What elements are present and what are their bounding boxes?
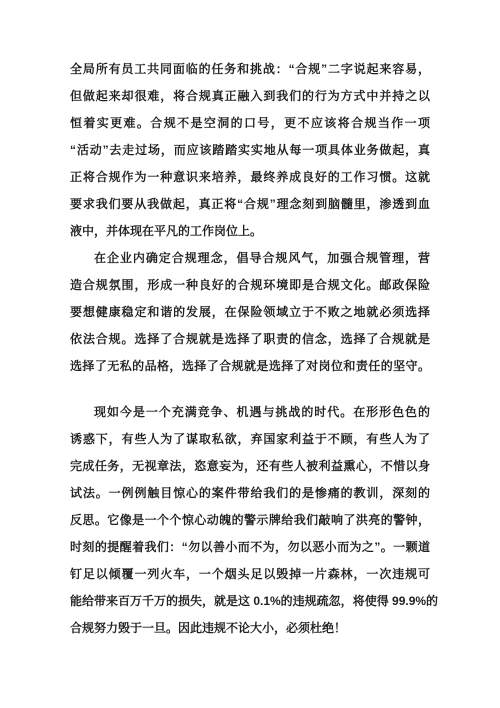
text-line: 但做起来却很难，将合规真正融入到我们的行为方式中并持之以 [70,83,430,110]
text-line: 能给带来百万千万的损失，就是这 0.1%的违规疏忽，将使得 99.9%的 [70,588,430,615]
text-line: 要想健康稳定和谐的发展，在保险领域立于不败之地就必须选择 [70,299,430,326]
text-line: 诱惑下，有些人为了谋取私欲，弃国家利益于不顾，有些人为了 [70,426,430,453]
text-line: 全局所有员工共同面临的任务和挑战：“合规”二字说起来容易， [70,56,430,83]
text-line: 现如今是一个充满竞争、机遇与挑战的时代。在形形色色的 [70,399,430,426]
text-line: 时刻的提醒着我们：“勿以善小而不为，勿以恶小而为之”。一颗道 [70,534,430,561]
text-line: 正将合规作为一种意识来培养，最终养成良好的工作习惯。这就 [70,164,430,191]
document-page: 全局所有员工共同面临的任务和挑战：“合规”二字说起来容易， 但做起来却很难，将合… [70,56,430,642]
paragraph: 全局所有员工共同面临的任务和挑战：“合规”二字说起来容易， 但做起来却很难，将合… [70,56,430,245]
text-line: 试法。一例例触目惊心的案件带给我们的是惨痛的教训，深刻的 [70,480,430,507]
text-line: 恒着实更难。合规不是空洞的口号，更不应该将合规当作一项 [70,110,430,137]
text-line: 完成任务，无视章法，恣意妄为，还有些人被利益熏心，不惜以身 [70,453,430,480]
text-line: 要求我们要从我做起，真正将“合规”理念刻到脑髓里，渗透到血 [70,191,430,218]
text-line: 液中，并体现在平凡的工作岗位上。 [70,218,430,245]
text-line: 依法合规。选择了合规就是选择了职责的信念，选择了合规就是 [70,326,430,353]
text-line: 反思。它像是一个个惊心动魄的警示牌给我们敲响了洪亮的警钟， [70,507,430,534]
text-line: 在企业内确定合规理念，倡导合规风气，加强合规管理，营 [70,245,430,272]
text-line: 合规努力毁于一旦。因此违规不论大小，必须杜绝！ [70,615,430,642]
paragraph: 在企业内确定合规理念，倡导合规风气，加强合规管理，营 造合规氛围，形成一种良好的… [70,245,430,380]
paragraph: 现如今是一个充满竞争、机遇与挑战的时代。在形形色色的 诱惑下，有些人为了谋取私欲… [70,399,430,642]
text-line: “活动”去走过场，而应该踏踏实实地从每一项具体业务做起，真 [70,137,430,164]
text-line: 选择了无私的品格，选择了合规就是选择了对岗位和责任的坚守。 [70,353,430,380]
text-line: 钉足以倾覆一列火车，一个烟头足以毁掉一片森林，一次违规可 [70,561,430,588]
text-line: 造合规氛围，形成一种良好的合规环境即是合规文化。邮政保险 [70,272,430,299]
